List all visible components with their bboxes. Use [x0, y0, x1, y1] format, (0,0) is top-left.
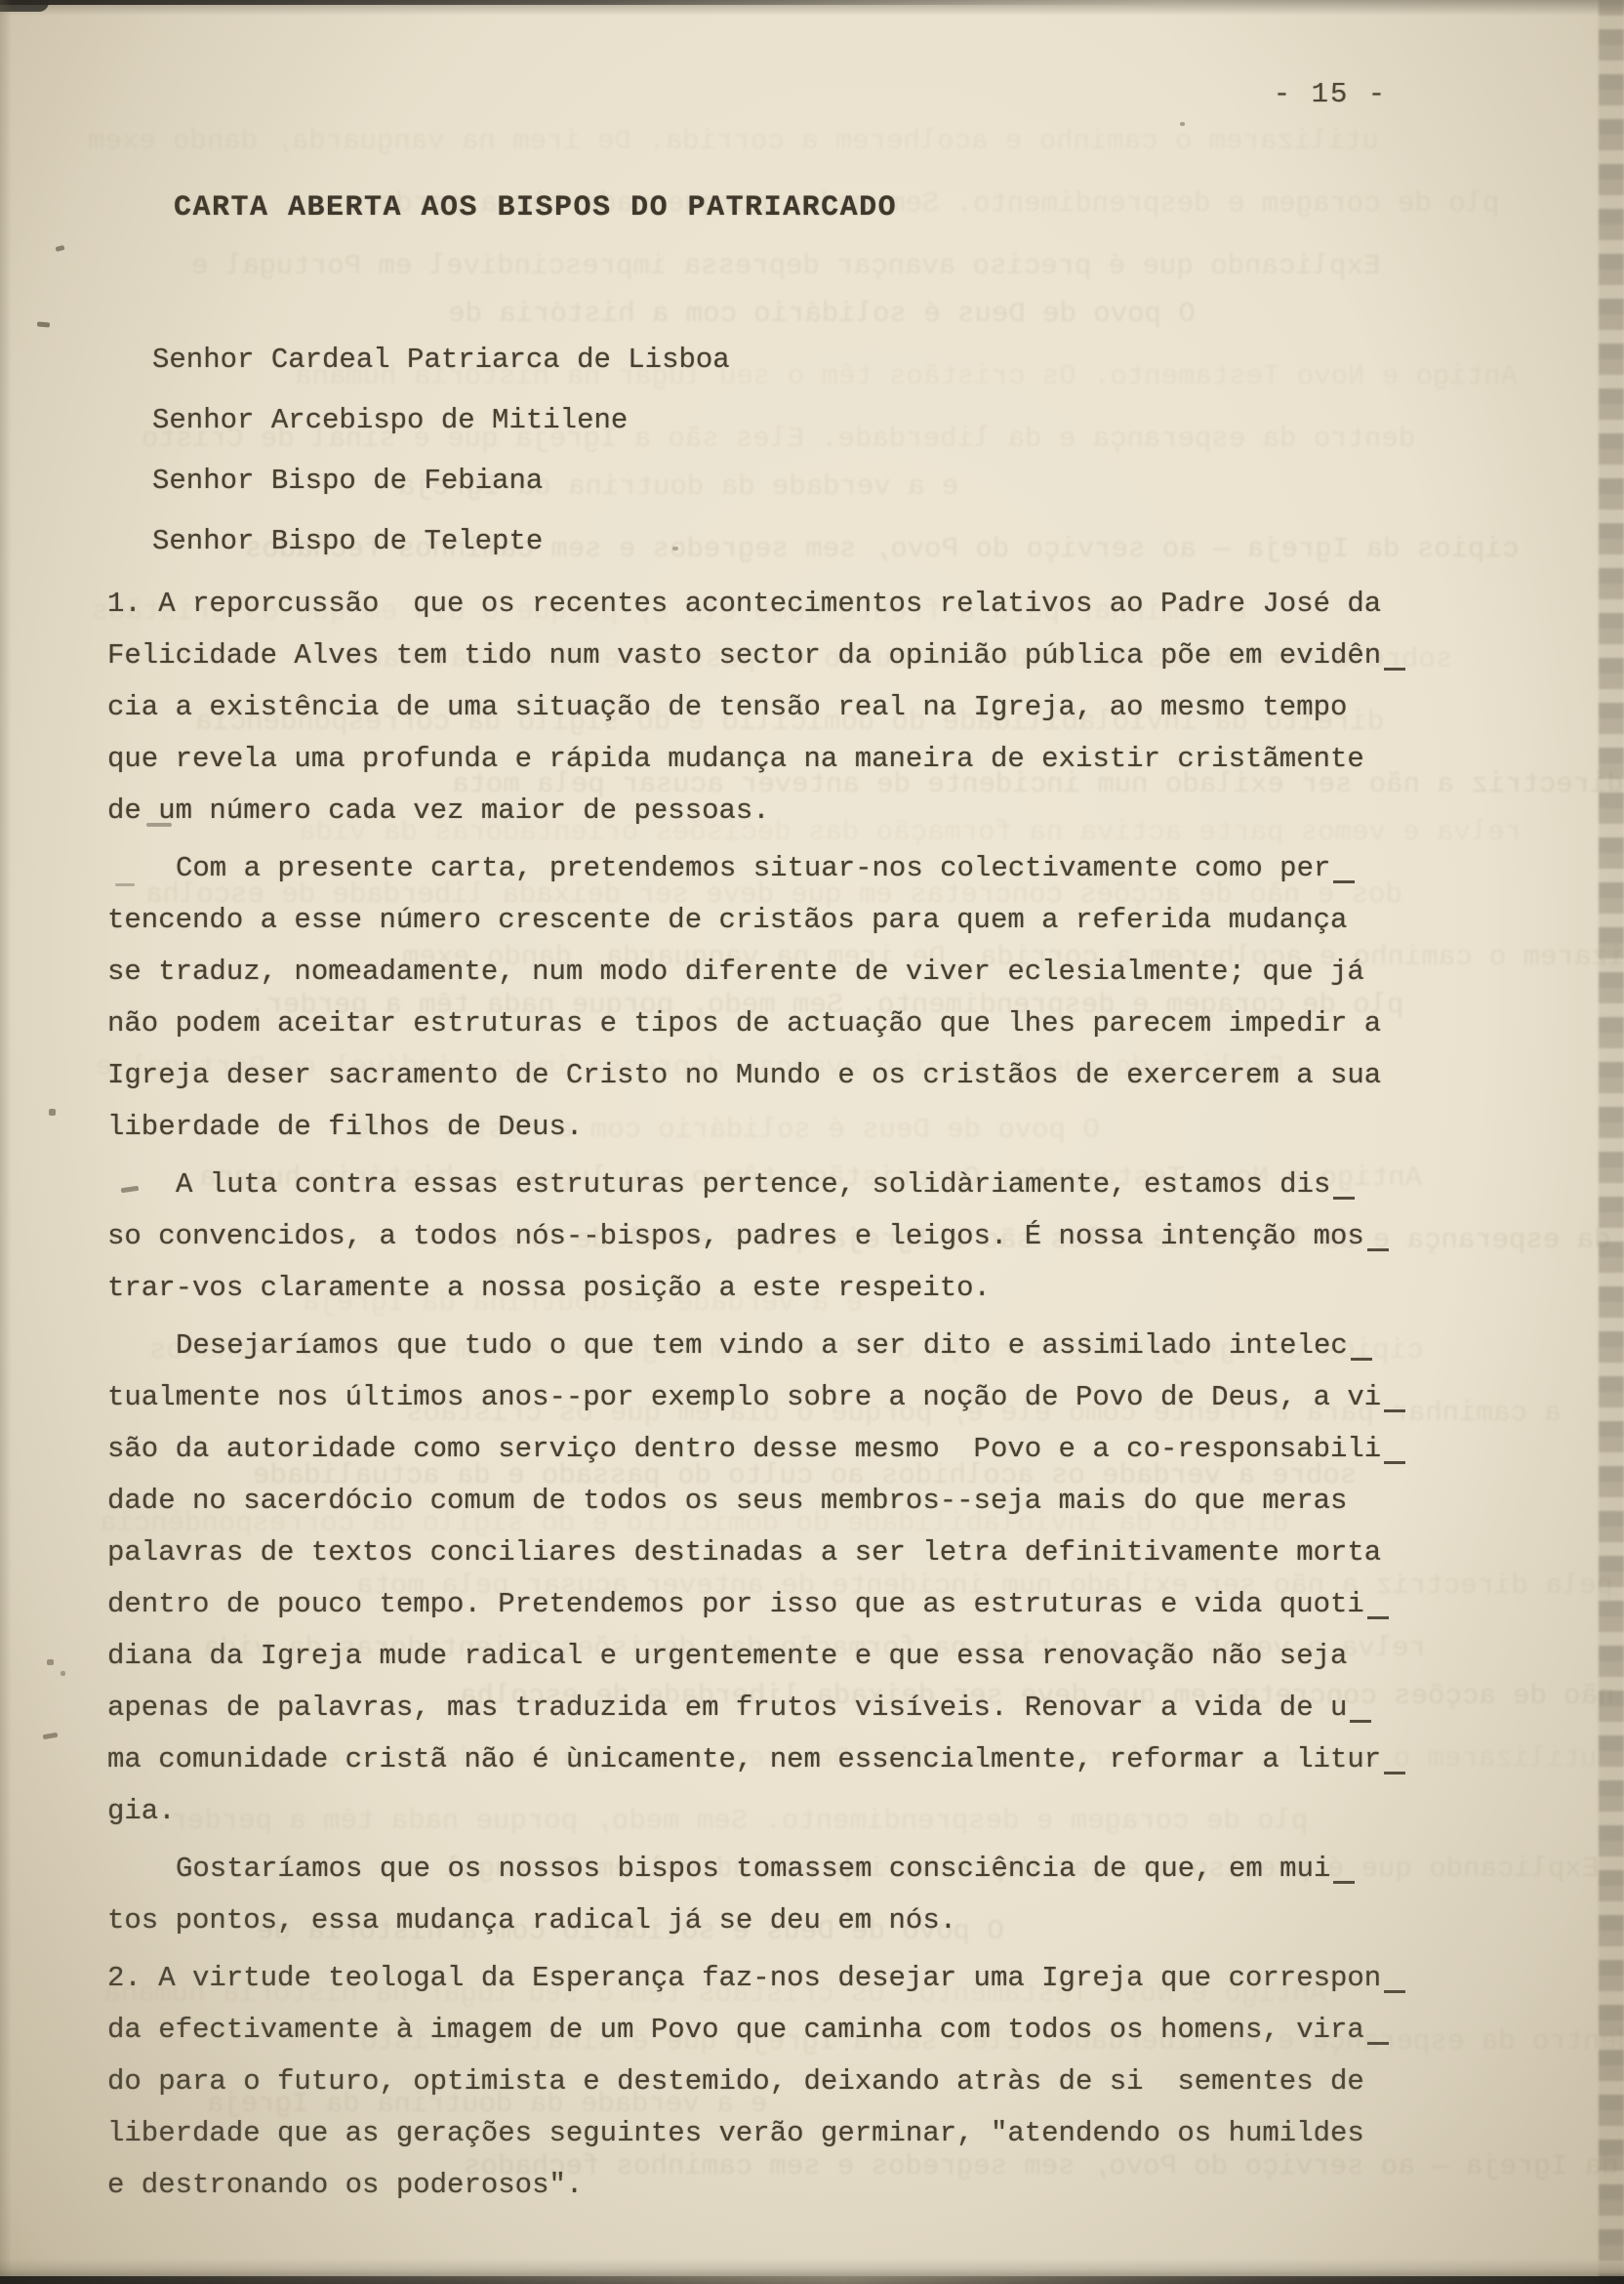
hyphenation-underscore [1333, 1197, 1355, 1200]
text-line: liberdade de filhos de Deus. [107, 1101, 1464, 1153]
text-line: apenas de palavras, mas traduzida em fru… [107, 1682, 1464, 1733]
text-line: Com a presente carta, pretendemos situar… [107, 842, 1464, 894]
text-line: do para o futuro, optimista e destemido,… [107, 2056, 1464, 2107]
hyphenation-underscore [1367, 2042, 1389, 2045]
scanned-letter-page: utilizarem o caminho e acolherem a corri… [0, 0, 1624, 2284]
addressee: Senhor Bispo de Telepte [152, 511, 730, 572]
ink-speck [115, 883, 135, 886]
text-line: liberdade que as gerações seguintes verã… [107, 2107, 1464, 2159]
ink-speck [61, 1671, 65, 1676]
ink-speck [37, 321, 50, 327]
ink-speck [47, 1659, 54, 1665]
document-title: CARTA ABERTA AOS BISPOS DO PATRIARCADO [174, 191, 897, 224]
text-line: tencendo a esse número crescente de cris… [107, 894, 1464, 946]
text-line: diana da Igreja mude radical e urgenteme… [107, 1630, 1464, 1682]
text-line: que revela uma profunda e rápida mudança… [107, 733, 1464, 785]
paragraph: A luta contra essas estruturas pertence,… [107, 1159, 1464, 1314]
ink-speck [146, 823, 172, 827]
hyphenation-underscore [1384, 1990, 1405, 1993]
paragraph: 1. A reporcussão que os recentes acontec… [107, 578, 1464, 836]
addressee: Senhor Arcebispo de Mitilene [152, 390, 730, 451]
text-line: cia a existência de uma situação de tens… [107, 681, 1464, 733]
text-line: ma comunidade cristã não é ùnicamente, n… [107, 1733, 1464, 1785]
text-line: de um número cada vez maior de pessoas. [107, 785, 1464, 836]
hyphenation-underscore [1384, 1461, 1405, 1464]
text-line: dade no sacerdócio comum de todos os seu… [107, 1475, 1464, 1527]
text-line: Felicidade Alves tem tido num vasto sect… [107, 630, 1464, 681]
hyphenation-underscore [1333, 1881, 1355, 1884]
page-number: - 15 - [1247, 78, 1413, 110]
paragraph: Desejaríamos que tudo o que tem vindo a … [107, 1320, 1464, 1837]
ink-speck [49, 1109, 56, 1116]
hyphenation-underscore [1384, 668, 1405, 671]
text-line: são da autoridade como serviço dentro de… [107, 1423, 1464, 1475]
text-line: so convencidos, a todos nós--bispos, pad… [107, 1210, 1464, 1262]
text-line: se traduz, nomeadamente, num modo difere… [107, 946, 1464, 998]
text-line: palavras de textos conciliares destinada… [107, 1527, 1464, 1578]
addressee-list: Senhor Cardeal Patriarca de LisboaSenhor… [152, 330, 730, 572]
paragraph: Gostaríamos que os nossos bispos tomasse… [107, 1843, 1464, 1946]
hyphenation-underscore [1367, 1248, 1389, 1251]
hyphenation-underscore [1350, 1720, 1371, 1723]
text-line: gia. [107, 1785, 1464, 1837]
text-line: A luta contra essas estruturas pertence,… [107, 1159, 1464, 1210]
hyphenation-underscore [1367, 1616, 1389, 1619]
letter-content: - 15 - CARTA ABERTA AOS BISPOS DO PATRIA… [0, 0, 1624, 2284]
text-line: Desejaríamos que tudo o que tem vindo a … [107, 1320, 1464, 1371]
text-line: da efectivamente à imagem de um Povo que… [107, 2004, 1464, 2056]
text-line: Igreja deser sacramento de Cristo no Mun… [107, 1049, 1464, 1101]
letter-body: 1. A reporcussão que os recentes acontec… [107, 578, 1464, 2217]
text-line: 2. A virtude teologal da Esperança faz-n… [107, 1952, 1464, 2004]
hyphenation-underscore [1351, 1358, 1372, 1361]
text-line: não podem aceitar estruturas e tipos de … [107, 998, 1464, 1049]
text-line: tualmente nos últimos anos--por exemplo … [107, 1371, 1464, 1423]
text-line: e destronando os poderosos". [107, 2159, 1464, 2211]
text-line: Gostaríamos que os nossos bispos tomasse… [107, 1843, 1464, 1895]
addressee: Senhor Bispo de Febiana [152, 451, 730, 511]
text-line: trar-vos claramente a nossa posição a es… [107, 1262, 1464, 1314]
paragraph: 2. A virtude teologal da Esperança faz-n… [107, 1952, 1464, 2211]
paragraph: Com a presente carta, pretendemos situar… [107, 842, 1464, 1153]
ink-speck [1180, 122, 1185, 126]
text-line: 1. A reporcussão que os recentes acontec… [107, 578, 1464, 630]
text-line: dentro de pouco tempo. Pretendemos por i… [107, 1578, 1464, 1630]
hyphenation-underscore [1333, 880, 1355, 883]
hyphenation-underscore [1384, 1772, 1405, 1774]
addressee: Senhor Cardeal Patriarca de Lisboa [152, 330, 730, 390]
hyphenation-underscore [1384, 1409, 1405, 1412]
ink-speck [672, 547, 678, 551]
text-line: tos pontos, essa mudança radical já se d… [107, 1895, 1464, 1946]
